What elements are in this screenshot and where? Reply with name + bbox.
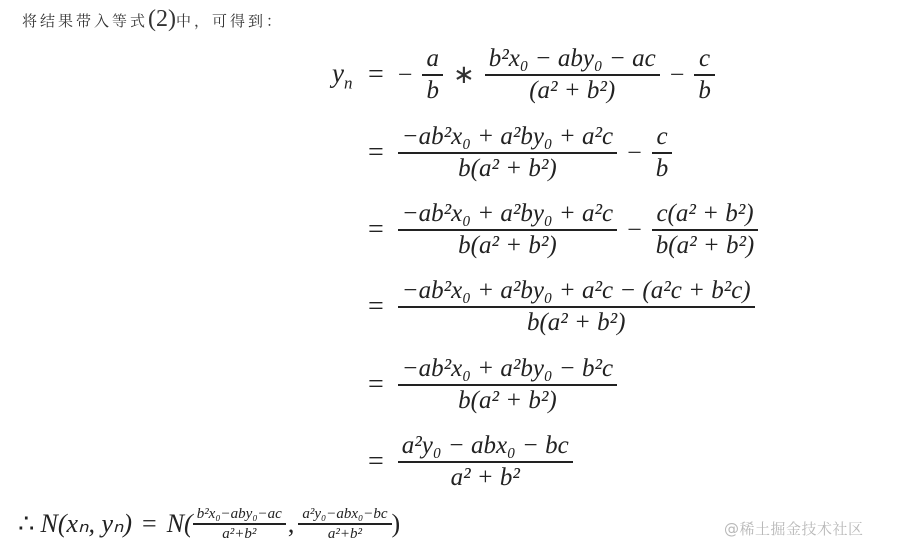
point-n-lhs: N(xₙ, yₙ) bbox=[41, 509, 132, 539]
x-coordinate-fraction: b²x₀−aby₀−ac a²+b² bbox=[193, 505, 286, 543]
numerator: a bbox=[422, 44, 443, 74]
denominator: b(a² + b²) bbox=[454, 386, 561, 416]
minus-sign: − bbox=[627, 215, 642, 245]
numerator: −ab²x₀ + a²by₀ + a²c bbox=[398, 122, 617, 152]
multiply-sign: ∗ bbox=[453, 60, 475, 90]
equals-sign: = bbox=[368, 291, 384, 323]
denominator: b(a² + b²) bbox=[652, 231, 759, 261]
intro-text: 将结果带入等式(2)中，可得到： bbox=[22, 6, 284, 33]
minus-sign: − bbox=[398, 60, 413, 90]
denominator: b(a² + b²) bbox=[454, 154, 561, 184]
lhs-subscript: n bbox=[344, 73, 353, 92]
conclusion-equation: ∴ N(xₙ, yₙ) = N( b²x₀−aby₀−ac a²+b² , a²… bbox=[18, 505, 400, 543]
watermark: @稀土掘金技术社区 bbox=[724, 518, 864, 539]
denominator: (a² + b²) bbox=[525, 76, 619, 106]
equation-reference: (2) bbox=[148, 6, 176, 32]
lhs-variable: y bbox=[332, 58, 344, 88]
derivation-row-3: = −ab²x₀ + a²by₀ + a²c b(a² + b²) − c(a²… bbox=[368, 199, 758, 261]
fraction: b²x₀ − aby₀ − ac (a² + b²) bbox=[485, 44, 660, 106]
denominator: b(a² + b²) bbox=[454, 231, 561, 261]
derivation-row-6: = a²y₀ − abx₀ − bc a² + b² bbox=[368, 431, 573, 493]
numerator: c bbox=[652, 122, 671, 152]
numerator: c bbox=[695, 44, 714, 74]
y-coordinate-fraction: a²y₀−abx₀−bc a²+b² bbox=[298, 505, 391, 543]
fraction: −ab²x₀ + a²by₀ + a²c b(a² + b²) bbox=[398, 199, 617, 261]
numerator: −ab²x₀ + a²by₀ − b²c bbox=[398, 354, 617, 384]
derivation-row-4: = −ab²x₀ + a²by₀ + a²c − (a²c + b²c) b(a… bbox=[368, 276, 755, 338]
intro-text-before: 将结果带入等式 bbox=[22, 12, 148, 30]
fraction: −ab²x₀ + a²by₀ + a²c b(a² + b²) bbox=[398, 122, 617, 184]
derivation-row-2: = −ab²x₀ + a²by₀ + a²c b(a² + b²) − c b bbox=[368, 122, 672, 184]
denominator: b bbox=[422, 76, 443, 106]
minus-sign: − bbox=[627, 138, 642, 168]
numerator: b²x₀ − aby₀ − ac bbox=[485, 44, 660, 74]
fraction: a²y₀ − abx₀ − bc a² + b² bbox=[398, 431, 573, 493]
numerator: −ab²x₀ + a²by₀ + a²c bbox=[398, 199, 617, 229]
point-n-open: N( bbox=[167, 509, 193, 539]
denominator: a²+b² bbox=[324, 525, 366, 543]
fraction: c b bbox=[652, 122, 673, 184]
equals-sign: = bbox=[368, 137, 384, 169]
equals-sign: = bbox=[368, 59, 384, 91]
denominator: b bbox=[694, 76, 715, 106]
denominator: b bbox=[652, 154, 673, 184]
intro-text-after: 中，可得到： bbox=[176, 12, 284, 30]
derivation-row-1: = − a b ∗ b²x₀ − aby₀ − ac (a² + b²) − c… bbox=[368, 44, 715, 106]
fraction: c b bbox=[694, 44, 715, 106]
numerator: a²y₀−abx₀−bc bbox=[298, 505, 391, 523]
comma: , bbox=[288, 509, 295, 539]
numerator: a²y₀ − abx₀ − bc bbox=[398, 431, 573, 461]
equals-sign: = bbox=[368, 214, 384, 246]
equals-sign: = bbox=[142, 509, 157, 539]
equals-sign: = bbox=[368, 369, 384, 401]
derivation-row-5: = −ab²x₀ + a²by₀ − b²c b(a² + b²) bbox=[368, 354, 617, 416]
fraction: −ab²x₀ + a²by₀ + a²c − (a²c + b²c) b(a² … bbox=[398, 276, 755, 338]
minus-sign: − bbox=[670, 60, 685, 90]
therefore-symbol: ∴ bbox=[18, 509, 35, 539]
fraction: c(a² + b²) b(a² + b²) bbox=[652, 199, 759, 261]
equals-sign: = bbox=[368, 446, 384, 478]
fraction: −ab²x₀ + a²by₀ − b²c b(a² + b²) bbox=[398, 354, 617, 416]
derivation-lhs: yn bbox=[332, 58, 352, 93]
denominator: b(a² + b²) bbox=[523, 308, 630, 338]
numerator: −ab²x₀ + a²by₀ + a²c − (a²c + b²c) bbox=[398, 276, 755, 306]
numerator: c(a² + b²) bbox=[652, 199, 757, 229]
fraction: a b bbox=[422, 44, 443, 106]
denominator: a² + b² bbox=[447, 463, 524, 493]
numerator: b²x₀−aby₀−ac bbox=[193, 505, 286, 523]
close-paren: ) bbox=[392, 509, 401, 539]
denominator: a²+b² bbox=[218, 525, 260, 543]
